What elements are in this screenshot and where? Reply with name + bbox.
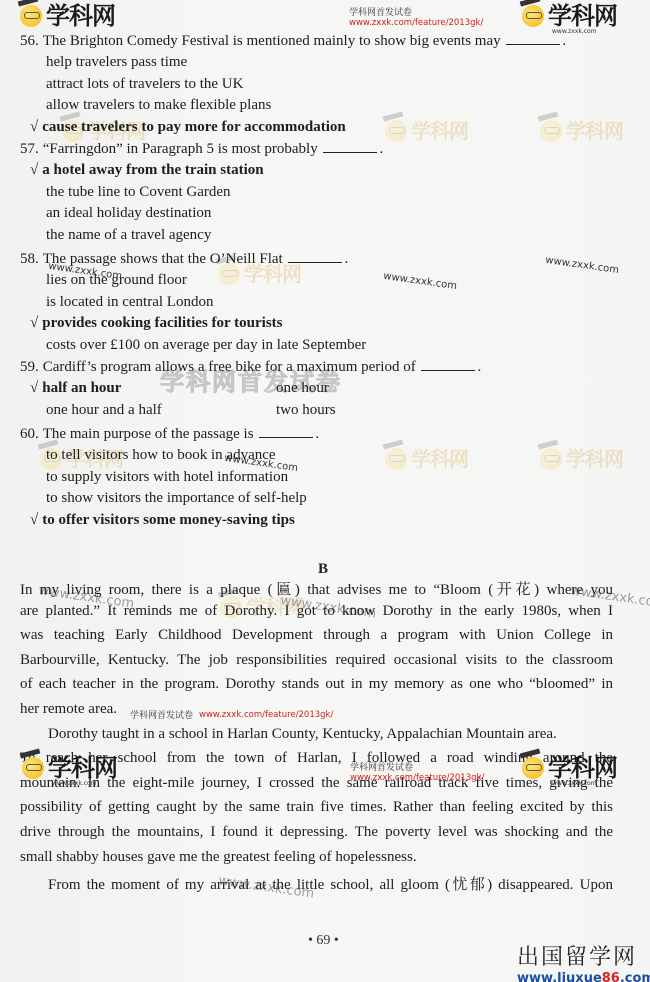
header-watermark-link: www.zxxk.com/feature/2013gk/ — [349, 18, 483, 28]
option-text: two hours — [276, 402, 336, 418]
passage-line: of each teacher in the program. Dorothy … — [20, 676, 613, 693]
mascot-icon — [20, 5, 42, 27]
question-text: The Brighton Comedy Festival is mentione… — [43, 33, 501, 49]
logo-brand: 学科网 — [411, 121, 468, 141]
question-number: 59. — [20, 359, 39, 375]
footer-url-number: 86 — [602, 971, 620, 982]
question-stem: 60.The main purpose of the passage is . — [20, 425, 319, 443]
check-mark-icon: √ — [30, 380, 38, 396]
option-text: help travelers pass time — [46, 54, 187, 70]
check-mark-icon: √ — [30, 315, 38, 331]
inline-watermark-center: 学科网首发试卷 www.zxxk.com/feature/2013gk/ — [350, 760, 484, 783]
mascot-icon — [385, 120, 407, 142]
option: to show visitors the importance of self-… — [46, 490, 307, 507]
option-text: to show visitors the importance of self-… — [46, 490, 307, 506]
question-number: 60. — [20, 426, 39, 442]
option: one hour and a half — [46, 402, 162, 419]
mascot-icon — [540, 448, 562, 470]
option: attract lots of travelers to the UK — [46, 76, 243, 93]
question-text: The main purpose of the passage is — [43, 426, 254, 442]
option-correct: √half an hour — [30, 380, 121, 397]
check-mark-icon: √ — [30, 119, 38, 135]
option-text: attract lots of travelers to the UK — [46, 76, 243, 92]
passage-line: Barbourville, Kentucky. The job responsi… — [20, 652, 613, 669]
question-number: 56. — [20, 33, 39, 49]
faint-logo: 学科网 — [540, 120, 623, 142]
option-text: one hour and a half — [46, 402, 162, 418]
question-stem: 58.The passage shows that the O’Neill Fl… — [20, 250, 348, 268]
header-watermark: 学科网首发试卷 www.zxxk.com/feature/2013gk/ — [349, 5, 483, 28]
option: an ideal holiday destination — [46, 205, 211, 222]
answer-blank — [288, 250, 342, 263]
logo-url: www.zxxk.com — [52, 780, 97, 787]
logo-brand: 学科网 — [548, 756, 617, 780]
passage-line: From the moment of my arrival at the lit… — [48, 873, 613, 894]
option-text: is located in central London — [46, 294, 213, 310]
option-correct: √provides cooking facilities for tourist… — [30, 315, 283, 332]
url-watermark: www.zxxk.com — [383, 271, 458, 292]
logo-brand: 学科网 — [566, 121, 623, 141]
faint-logo: 学科网 — [385, 448, 468, 470]
option-text: to tell visitors how to book in advance — [46, 447, 276, 463]
logo-brand: 学科网 — [46, 4, 115, 28]
question-text: The passage shows that the O’Neill Flat — [43, 251, 283, 267]
zxxk-logo-passage-right: 学科网 www.zxxk.com — [522, 756, 617, 780]
option: one hour — [276, 380, 329, 397]
option-text: provides cooking facilities for tourists — [42, 315, 282, 331]
inline-watermark: 学科网首发试卷 www.zxxk.com/feature/2013gk/ — [130, 708, 333, 721]
question-number: 57. — [20, 141, 39, 157]
passage-line: are planted.” It reminds me of Dorothy. … — [20, 603, 613, 620]
answer-blank — [259, 425, 313, 438]
option-text: the tube line to Covent Garden — [46, 184, 231, 200]
passage-line: small shabby houses gave me the greatest… — [20, 849, 613, 866]
url-watermark: www.zxxk.com — [545, 255, 620, 276]
footer-url-prefix: www.liuxue — [517, 971, 602, 982]
answer-blank — [421, 358, 475, 371]
section-heading: B — [318, 561, 328, 578]
option-correct: √a hotel away from the train station — [30, 162, 264, 179]
option-correct: √cause travelers to pay more for accommo… — [30, 119, 346, 136]
passage-line: In my living room, there is a plaque (匾)… — [20, 578, 613, 599]
inline-watermark-title: 学科网首发试卷 — [350, 760, 484, 773]
option-correct: √to offer visitors some money-saving tip… — [30, 512, 295, 529]
option-text: the name of a travel agency — [46, 227, 211, 243]
option: the tube line to Covent Garden — [46, 184, 231, 201]
option: two hours — [276, 402, 336, 419]
option: is located in central London — [46, 294, 213, 311]
mascot-icon — [522, 5, 544, 27]
option-text: costs over £100 on average per day in la… — [46, 337, 366, 353]
header-watermark-title: 学科网首发试卷 — [349, 5, 483, 18]
answer-blank — [323, 140, 377, 153]
question-number: 58. — [20, 251, 39, 267]
option-text: half an hour — [42, 380, 121, 396]
option: costs over £100 on average per day in la… — [46, 337, 366, 354]
question-stem: 57.“Farringdon” in Paragraph 5 is most p… — [20, 140, 383, 158]
inline-watermark-link: www.zxxk.com/feature/2013gk/ — [199, 710, 333, 720]
mascot-icon — [385, 448, 407, 470]
logo-brand: 学科网 — [48, 756, 117, 780]
option-text: one hour — [276, 380, 329, 396]
footer-brand-url: www.liuxue86.com — [517, 971, 650, 982]
page-number: • 69 • — [308, 933, 339, 949]
passage-line: drive through the mountains, I found it … — [20, 824, 613, 841]
option-text: an ideal holiday destination — [46, 205, 211, 221]
mascot-icon — [22, 757, 44, 779]
passage-line: was teaching Early Childhood Development… — [20, 627, 613, 644]
option-text: to offer visitors some money-saving tips — [42, 512, 295, 528]
passage-line: Dorothy taught in a school in Harlan Cou… — [48, 726, 613, 743]
question-text: Cardiff’s program allows a free bike for… — [43, 359, 416, 375]
zxxk-logo-passage-left: 学科网 www.zxxk.com — [22, 756, 117, 780]
mascot-icon — [522, 757, 544, 779]
passage-line: possibility of getting caught by the sam… — [20, 799, 613, 816]
logo-url: www.zxxk.com — [552, 780, 597, 787]
logo-brand: 学科网 — [566, 449, 623, 469]
option-text: to supply visitors with hotel informatio… — [46, 469, 288, 485]
option: allow travelers to make flexible plans — [46, 97, 271, 114]
option: lies on the ground floor — [46, 272, 187, 289]
inline-watermark-link: www.zxxk.com/feature/2013gk/ — [350, 773, 484, 783]
question-stem: 56.The Brighton Comedy Festival is menti… — [20, 32, 566, 50]
zxxk-logo-left: 学科网 — [20, 4, 115, 28]
faint-logo: 学科网 — [385, 120, 468, 142]
option: to supply visitors with hotel informatio… — [46, 469, 288, 486]
option-text: a hotel away from the train station — [42, 162, 263, 178]
question-stem: 59.Cardiff’s program allows a free bike … — [20, 358, 481, 376]
question-text: “Farringdon” in Paragraph 5 is most prob… — [43, 141, 318, 157]
faint-logo: 学科网 — [540, 448, 623, 470]
option: to tell visitors how to book in advance — [46, 447, 276, 464]
option-text: cause travelers to pay more for accommod… — [42, 119, 346, 135]
logo-brand: 学科网 — [548, 4, 617, 28]
footer-brand-name: 出国留学网 — [517, 940, 650, 971]
check-mark-icon: √ — [30, 162, 38, 178]
option: help travelers pass time — [46, 54, 187, 71]
footer-url-suffix: .com — [620, 971, 650, 982]
option: the name of a travel agency — [46, 227, 211, 244]
option-text: lies on the ground floor — [46, 272, 187, 288]
liuxue86-brand: 出国留学网 www.liuxue86.com — [517, 940, 650, 982]
answer-blank — [506, 32, 560, 45]
exam-page: 学科网 学科网首发试卷 www.zxxk.com/feature/2013gk/… — [0, 0, 650, 982]
zxxk-logo-right: 学科网 www.zxxk.com — [522, 4, 617, 28]
mascot-icon — [540, 120, 562, 142]
inline-watermark-title: 学科网首发试卷 — [130, 708, 193, 721]
check-mark-icon: √ — [30, 512, 38, 528]
logo-brand: 学科网 — [411, 449, 468, 469]
option-text: allow travelers to make flexible plans — [46, 97, 271, 113]
